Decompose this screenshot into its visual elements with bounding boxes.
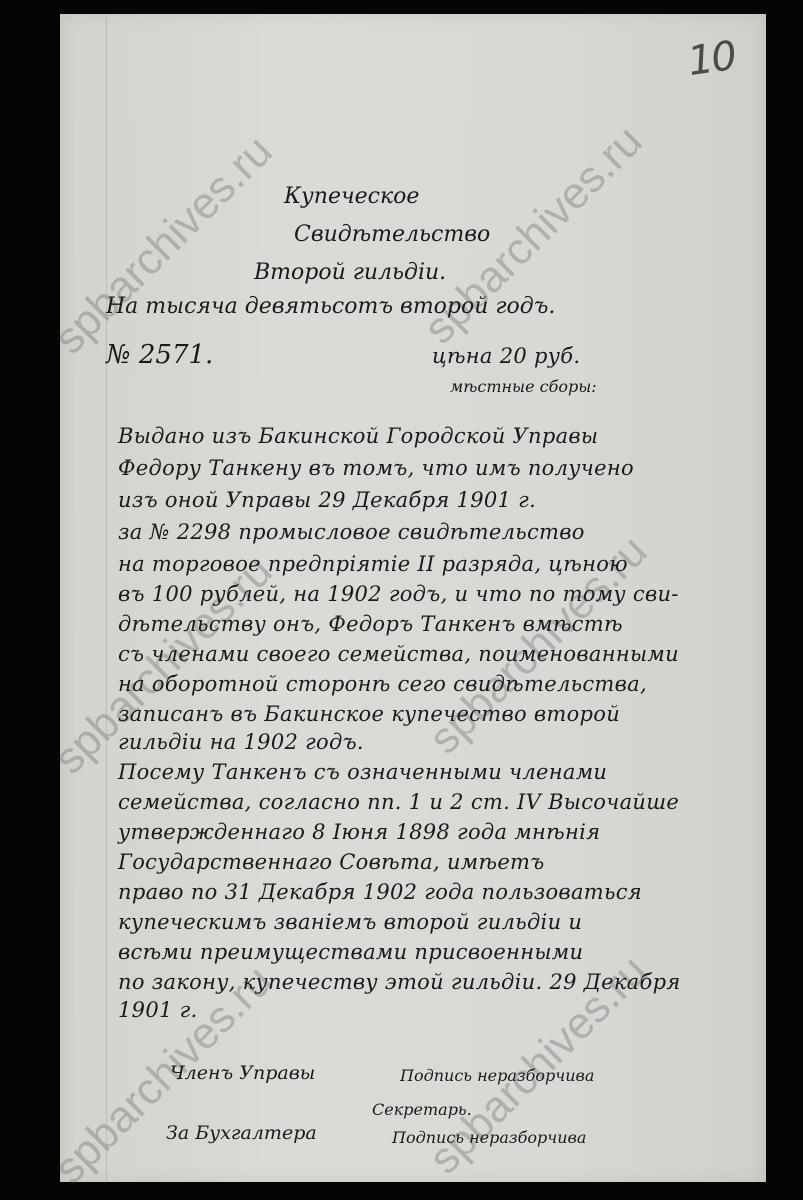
body-line: утвержденнаго 8 Іюня 1898 года мнѣнія: [118, 820, 600, 844]
title-line-2: Свидѣтельство: [294, 222, 490, 247]
guild-line: Второй гильдіи.: [254, 260, 446, 285]
body-line: купеческимъ званіемъ второй гильдіи и: [118, 910, 582, 934]
archive-page-number: 10: [685, 33, 738, 85]
year-line: На тысяча девятьсотъ второй годъ.: [106, 294, 555, 319]
body-line: Выдано изъ Бакинской Городской Управы: [118, 424, 598, 448]
member-label: Членъ Управы: [170, 1062, 315, 1084]
body-line: 1901 г.: [118, 998, 198, 1022]
secretary-label: Секретарь.: [372, 1100, 472, 1119]
body-line: гильдіи на 1902 годъ.: [118, 730, 364, 754]
certificate-number: № 2571.: [106, 340, 213, 370]
body-line: всѣми преимуществами присвоенными: [118, 940, 583, 964]
body-line: по закону, купечеству этой гильдіи. 29 Д…: [118, 970, 681, 994]
body-line: въ 100 рублей, на 1902 годъ, и что по то…: [118, 582, 679, 606]
watermark: spbarchives.ru: [45, 126, 283, 364]
accountant-signature-note: Подпись неразборчива: [392, 1128, 586, 1147]
local-fees: мѣстные сборы:: [450, 377, 597, 396]
title-line-1: Купеческое: [284, 184, 419, 209]
body-line: семейства, согласно пп. 1 и 2 ст. IV Выс…: [118, 790, 679, 814]
member-signature-note: Подпись неразборчива: [400, 1066, 594, 1085]
document-page: 10 spbarchives.ru spbarchives.ru spbarch…: [60, 14, 766, 1182]
page-fold-line: [106, 14, 107, 1182]
body-line: на оборотной сторонѣ сего свидѣтельства,: [118, 672, 647, 696]
price: цѣна 20 руб.: [432, 344, 580, 368]
body-line: за № 2298 промысловое свидѣтельство: [118, 520, 585, 544]
body-line: Посему Танкенъ съ означенными членами: [118, 760, 607, 784]
body-line: Государственнаго Совѣта, имѣетъ: [118, 850, 545, 874]
body-line: дѣтельству онъ, Федоръ Танкенъ вмѣстѣ: [118, 612, 623, 636]
accountant-label: За Бухгалтера: [166, 1122, 317, 1144]
body-line: право по 31 Декабря 1902 года пользовать…: [118, 880, 642, 904]
body-line: съ членами своего семейства, поименованн…: [118, 642, 679, 666]
body-line: изъ оной Управы 29 Декабря 1901 г.: [118, 488, 536, 512]
body-line: Федору Танкену въ томъ, что имъ получено: [118, 456, 634, 480]
body-line: записанъ въ Бакинское купечество второй: [118, 702, 620, 726]
body-line: на торговое предпріятіе II разряда, цѣно…: [118, 552, 628, 576]
